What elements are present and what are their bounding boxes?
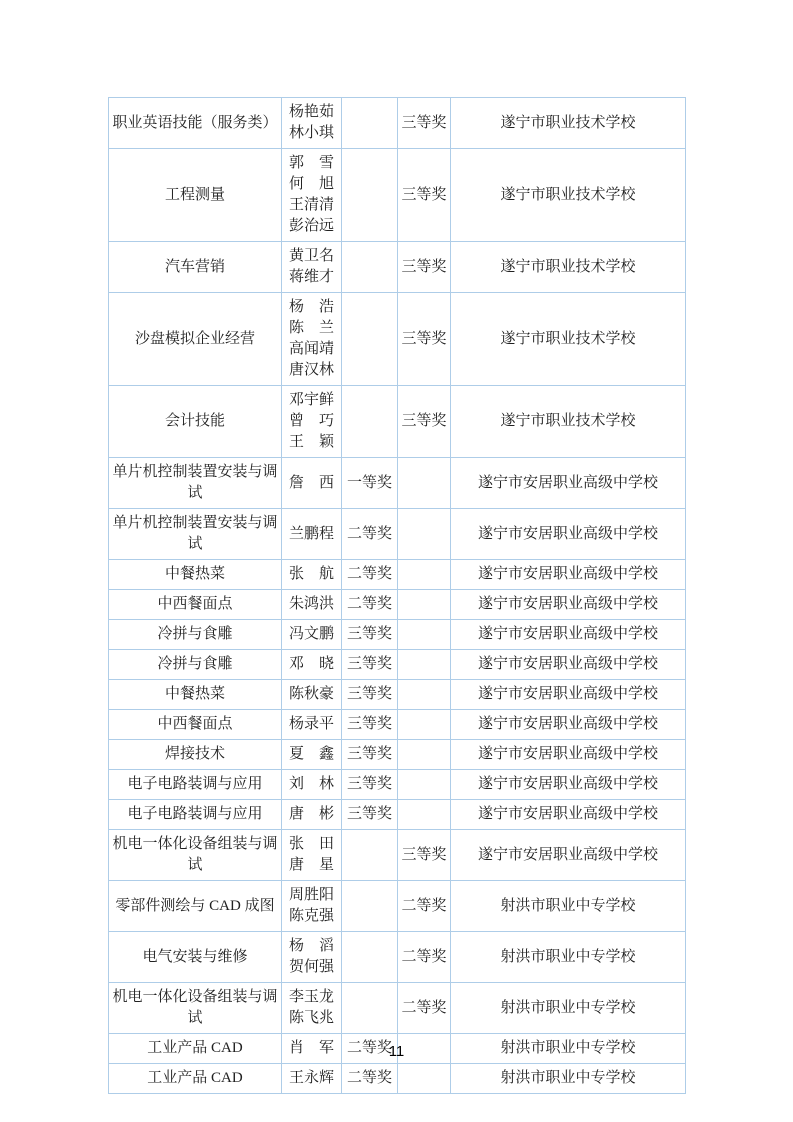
award-main-cell: 二等奖 xyxy=(342,590,398,620)
participants-cell: 杨 浩 陈 兰 高闻靖 唐汉林 xyxy=(282,293,342,386)
event-cell: 职业英语技能（服务类） xyxy=(109,98,282,149)
participants-cell: 朱鸿洪 xyxy=(282,590,342,620)
participants-cell: 冯文鹏 xyxy=(282,620,342,650)
table-row: 电子电路装调与应用刘 林三等奖遂宁市安居职业高级中学校 xyxy=(109,770,686,800)
award-alt-cell: 三等奖 xyxy=(398,830,451,881)
event-cell: 零部件测绘与 CAD 成图 xyxy=(109,881,282,932)
event-cell: 冷拼与食雕 xyxy=(109,650,282,680)
school-cell: 遂宁市安居职业高级中学校 xyxy=(451,770,686,800)
participants-cell: 邓 晓 xyxy=(282,650,342,680)
award-main-cell: 二等奖 xyxy=(342,509,398,560)
school-cell: 遂宁市安居职业高级中学校 xyxy=(451,458,686,509)
award-alt-cell: 三等奖 xyxy=(398,98,451,149)
award-alt-cell: 二等奖 xyxy=(398,932,451,983)
event-cell: 电子电路装调与应用 xyxy=(109,800,282,830)
participants-cell: 黄卫名 蒋维才 xyxy=(282,242,342,293)
results-table-body: 职业英语技能（服务类）杨艳茹 林小琪三等奖遂宁市职业技术学校工程测量郭 雪 何 … xyxy=(109,98,686,1094)
award-alt-cell: 三等奖 xyxy=(398,386,451,458)
award-main-cell: 一等奖 xyxy=(342,458,398,509)
event-cell: 机电一体化设备组装与调试 xyxy=(109,983,282,1034)
award-alt-cell xyxy=(398,560,451,590)
event-cell: 单片机控制装置安装与调试 xyxy=(109,509,282,560)
table-row: 中西餐面点杨录平三等奖遂宁市安居职业高级中学校 xyxy=(109,710,686,740)
award-alt-cell xyxy=(398,800,451,830)
event-cell: 焊接技术 xyxy=(109,740,282,770)
event-cell: 机电一体化设备组装与调试 xyxy=(109,830,282,881)
award-alt-cell: 三等奖 xyxy=(398,242,451,293)
participants-cell: 刘 林 xyxy=(282,770,342,800)
participants-cell: 詹 西 xyxy=(282,458,342,509)
award-alt-cell xyxy=(398,620,451,650)
table-row: 职业英语技能（服务类）杨艳茹 林小琪三等奖遂宁市职业技术学校 xyxy=(109,98,686,149)
table-row: 汽车营销黄卫名 蒋维才三等奖遂宁市职业技术学校 xyxy=(109,242,686,293)
event-cell: 沙盘模拟企业经营 xyxy=(109,293,282,386)
award-main-cell xyxy=(342,98,398,149)
award-alt-cell xyxy=(398,590,451,620)
award-main-cell: 三等奖 xyxy=(342,740,398,770)
participants-cell: 邓宇鲜 曾 巧 王 颖 xyxy=(282,386,342,458)
table-row: 机电一体化设备组装与调试张 田 唐 星三等奖遂宁市安居职业高级中学校 xyxy=(109,830,686,881)
award-main-cell: 三等奖 xyxy=(342,650,398,680)
award-main-cell: 三等奖 xyxy=(342,620,398,650)
competition-results-table: 职业英语技能（服务类）杨艳茹 林小琪三等奖遂宁市职业技术学校工程测量郭 雪 何 … xyxy=(108,97,686,1094)
award-alt-cell xyxy=(398,458,451,509)
participants-cell: 杨艳茹 林小琪 xyxy=(282,98,342,149)
award-main-cell: 三等奖 xyxy=(342,710,398,740)
school-cell: 遂宁市职业技术学校 xyxy=(451,149,686,242)
table-row: 中西餐面点朱鸿洪二等奖遂宁市安居职业高级中学校 xyxy=(109,590,686,620)
table-row: 冷拼与食雕冯文鹏三等奖遂宁市安居职业高级中学校 xyxy=(109,620,686,650)
award-alt-cell xyxy=(398,680,451,710)
school-cell: 射洪市职业中专学校 xyxy=(451,983,686,1034)
event-cell: 中餐热菜 xyxy=(109,560,282,590)
participants-cell: 兰鹏程 xyxy=(282,509,342,560)
award-alt-cell xyxy=(398,740,451,770)
school-cell: 遂宁市职业技术学校 xyxy=(451,293,686,386)
participants-cell: 杨 滔 贺何强 xyxy=(282,932,342,983)
award-main-cell: 二等奖 xyxy=(342,560,398,590)
school-cell: 射洪市职业中专学校 xyxy=(451,932,686,983)
award-alt-cell: 三等奖 xyxy=(398,149,451,242)
table-row: 中餐热菜张 航二等奖遂宁市安居职业高级中学校 xyxy=(109,560,686,590)
document-page: 职业英语技能（服务类）杨艳茹 林小琪三等奖遂宁市职业技术学校工程测量郭 雪 何 … xyxy=(0,0,793,1122)
participants-cell: 张 航 xyxy=(282,560,342,590)
event-cell: 工业产品 CAD xyxy=(109,1064,282,1094)
event-cell: 会计技能 xyxy=(109,386,282,458)
award-alt-cell xyxy=(398,650,451,680)
award-main-cell xyxy=(342,386,398,458)
table-row: 工程测量郭 雪 何 旭 王清清 彭治远三等奖遂宁市职业技术学校 xyxy=(109,149,686,242)
award-main-cell: 三等奖 xyxy=(342,770,398,800)
table-row: 单片机控制装置安装与调试詹 西一等奖遂宁市安居职业高级中学校 xyxy=(109,458,686,509)
award-main-cell xyxy=(342,242,398,293)
participants-cell: 李玉龙 陈飞兆 xyxy=(282,983,342,1034)
award-main-cell xyxy=(342,830,398,881)
event-cell: 中西餐面点 xyxy=(109,590,282,620)
table-row: 单片机控制装置安装与调试兰鹏程二等奖遂宁市安居职业高级中学校 xyxy=(109,509,686,560)
participants-cell: 郭 雪 何 旭 王清清 彭治远 xyxy=(282,149,342,242)
school-cell: 射洪市职业中专学校 xyxy=(451,881,686,932)
event-cell: 电气安装与维修 xyxy=(109,932,282,983)
school-cell: 遂宁市安居职业高级中学校 xyxy=(451,740,686,770)
school-cell: 遂宁市职业技术学校 xyxy=(451,386,686,458)
participants-cell: 陈秋豪 xyxy=(282,680,342,710)
school-cell: 射洪市职业中专学校 xyxy=(451,1064,686,1094)
table-row: 会计技能邓宇鲜 曾 巧 王 颖三等奖遂宁市职业技术学校 xyxy=(109,386,686,458)
table-row: 电气安装与维修杨 滔 贺何强二等奖射洪市职业中专学校 xyxy=(109,932,686,983)
school-cell: 遂宁市安居职业高级中学校 xyxy=(451,560,686,590)
award-alt-cell xyxy=(398,1064,451,1094)
participants-cell: 张 田 唐 星 xyxy=(282,830,342,881)
page-number: 11 xyxy=(0,1043,793,1060)
school-cell: 遂宁市安居职业高级中学校 xyxy=(451,830,686,881)
event-cell: 单片机控制装置安装与调试 xyxy=(109,458,282,509)
table-row: 工业产品 CAD王永辉二等奖射洪市职业中专学校 xyxy=(109,1064,686,1094)
award-main-cell: 二等奖 xyxy=(342,1064,398,1094)
award-main-cell: 三等奖 xyxy=(342,800,398,830)
participants-cell: 王永辉 xyxy=(282,1064,342,1094)
school-cell: 遂宁市安居职业高级中学校 xyxy=(451,650,686,680)
table-row: 冷拼与食雕邓 晓三等奖遂宁市安居职业高级中学校 xyxy=(109,650,686,680)
award-alt-cell xyxy=(398,509,451,560)
table-row: 中餐热菜陈秋豪三等奖遂宁市安居职业高级中学校 xyxy=(109,680,686,710)
table-row: 焊接技术夏 鑫三等奖遂宁市安居职业高级中学校 xyxy=(109,740,686,770)
award-main-cell xyxy=(342,983,398,1034)
award-main-cell xyxy=(342,881,398,932)
school-cell: 遂宁市安居职业高级中学校 xyxy=(451,800,686,830)
award-alt-cell: 二等奖 xyxy=(398,983,451,1034)
school-cell: 遂宁市安居职业高级中学校 xyxy=(451,509,686,560)
event-cell: 汽车营销 xyxy=(109,242,282,293)
award-alt-cell: 三等奖 xyxy=(398,293,451,386)
school-cell: 遂宁市职业技术学校 xyxy=(451,98,686,149)
school-cell: 遂宁市安居职业高级中学校 xyxy=(451,710,686,740)
award-main-cell: 三等奖 xyxy=(342,680,398,710)
event-cell: 冷拼与食雕 xyxy=(109,620,282,650)
event-cell: 中西餐面点 xyxy=(109,710,282,740)
school-cell: 遂宁市职业技术学校 xyxy=(451,242,686,293)
event-cell: 电子电路装调与应用 xyxy=(109,770,282,800)
award-main-cell xyxy=(342,149,398,242)
participants-cell: 周胜阳 陈克强 xyxy=(282,881,342,932)
award-main-cell xyxy=(342,932,398,983)
award-alt-cell xyxy=(398,710,451,740)
table-row: 沙盘模拟企业经营杨 浩 陈 兰 高闻靖 唐汉林三等奖遂宁市职业技术学校 xyxy=(109,293,686,386)
award-alt-cell: 二等奖 xyxy=(398,881,451,932)
participants-cell: 夏 鑫 xyxy=(282,740,342,770)
participants-cell: 杨录平 xyxy=(282,710,342,740)
table-row: 机电一体化设备组装与调试李玉龙 陈飞兆二等奖射洪市职业中专学校 xyxy=(109,983,686,1034)
participants-cell: 唐 彬 xyxy=(282,800,342,830)
school-cell: 遂宁市安居职业高级中学校 xyxy=(451,590,686,620)
award-alt-cell xyxy=(398,770,451,800)
award-main-cell xyxy=(342,293,398,386)
school-cell: 遂宁市安居职业高级中学校 xyxy=(451,620,686,650)
school-cell: 遂宁市安居职业高级中学校 xyxy=(451,680,686,710)
event-cell: 工程测量 xyxy=(109,149,282,242)
table-row: 电子电路装调与应用唐 彬三等奖遂宁市安居职业高级中学校 xyxy=(109,800,686,830)
event-cell: 中餐热菜 xyxy=(109,680,282,710)
table-row: 零部件测绘与 CAD 成图周胜阳 陈克强二等奖射洪市职业中专学校 xyxy=(109,881,686,932)
